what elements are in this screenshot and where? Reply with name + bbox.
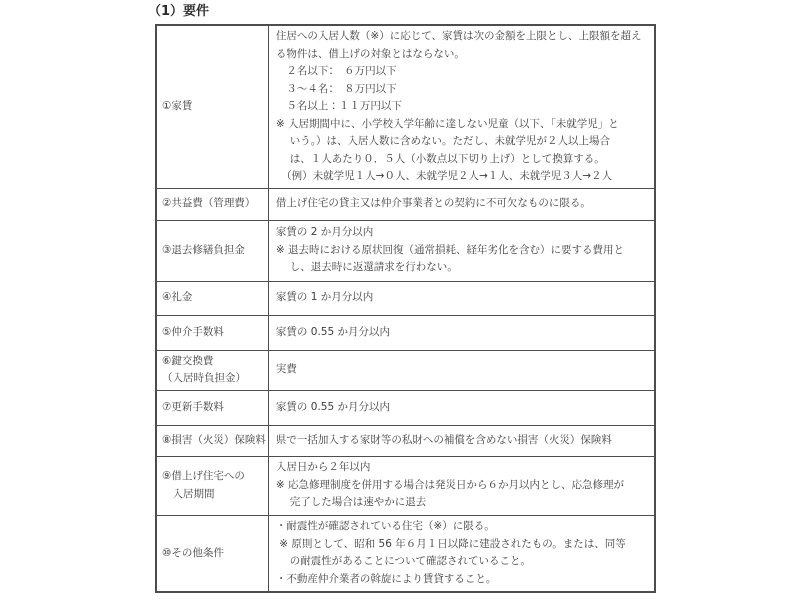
- table-row-other-conditions: ⑩その他条件 ・耐震性が確認されている住宅（※）に限る。 ※ 原則として、昭和 …: [156, 515, 655, 592]
- row-label: ⑩その他条件: [156, 515, 268, 592]
- page-background: （1）要件 ①家賃 住居への入居人数（※）に応じて、家賃は次の金額を上限とし、上…: [0, 0, 800, 600]
- row-content: 家賃の 2 か月分以内 ※ 退去時における原状回復（通常損耗、経年劣化を含む）に…: [268, 220, 655, 281]
- row-content: 県で一括加入する家財等の私財への補償を含めない損害（火災）保険料: [268, 425, 655, 456]
- row-content: 家賃の 1 か月分以内: [268, 281, 655, 315]
- document: （1）要件 ①家賃 住居への入居人数（※）に応じて、家賃は次の金額を上限とし、上…: [148, 3, 656, 593]
- row-label: ⑦更新手数料: [156, 390, 268, 425]
- row-content: 借上げ住宅の貸主又は仲介事業者との契約に不可欠なものに限る。: [268, 188, 655, 220]
- row-label: ③退去修繕負担金: [156, 220, 268, 281]
- section-title: （1）要件: [148, 3, 656, 21]
- table-row-key-exchange: ⑥鍵交換費 （入居時負担金） 実費: [156, 350, 655, 390]
- row-label: ⑤仲介手数料: [156, 315, 268, 350]
- table-row-moveout-repair: ③退去修繕負担金 家賃の 2 か月分以内 ※ 退去時における原状回復（通常損耗、…: [156, 220, 655, 281]
- table-row-fire-insurance: ⑧損害（火災）保険料 県で一括加入する家財等の私財への補償を含めない損害（火災）…: [156, 425, 655, 456]
- table-row-key-money: ④礼金 家賃の 1 か月分以内: [156, 281, 655, 315]
- row-label: ⑨借上げ住宅への 入居期間: [156, 456, 268, 515]
- requirements-table: ①家賃 住居への入居人数（※）に応じて、家賃は次の金額を上限とし、上限額を超え …: [155, 24, 656, 593]
- table-row-occupancy-period: ⑨借上げ住宅への 入居期間 入居日から２年以内 ※ 応急修理制度を併用する場合は…: [156, 456, 655, 515]
- row-content: 実費: [268, 350, 655, 390]
- row-label: ④礼金: [156, 281, 268, 315]
- table-row-common-fee: ②共益費（管理費） 借上げ住宅の貸主又は仲介事業者との契約に不可欠なものに限る。: [156, 188, 655, 220]
- table-row-rent: ①家賃 住居への入居人数（※）に応じて、家賃は次の金額を上限とし、上限額を超え …: [156, 25, 655, 188]
- row-content: 家賃の 0.55 か月分以内: [268, 390, 655, 425]
- table-row-renewal-fee: ⑦更新手数料 家賃の 0.55 か月分以内: [156, 390, 655, 425]
- row-content: ・耐震性が確認されている住宅（※）に限る。 ※ 原則として、昭和 56 年６月１…: [268, 515, 655, 592]
- row-label: ②共益費（管理費）: [156, 188, 268, 220]
- row-content: 家賃の 0.55 か月分以内: [268, 315, 655, 350]
- row-content: 住居への入居人数（※）に応じて、家賃は次の金額を上限とし、上限額を超え る物件は…: [268, 25, 655, 188]
- row-label: ①家賃: [156, 25, 268, 188]
- table-row-brokerage-fee: ⑤仲介手数料 家賃の 0.55 か月分以内: [156, 315, 655, 350]
- row-label: ⑧損害（火災）保険料: [156, 425, 268, 456]
- row-label: ⑥鍵交換費 （入居時負担金）: [156, 350, 268, 390]
- row-content: 入居日から２年以内 ※ 応急修理制度を併用する場合は発災日から６か月以内とし、応…: [268, 456, 655, 515]
